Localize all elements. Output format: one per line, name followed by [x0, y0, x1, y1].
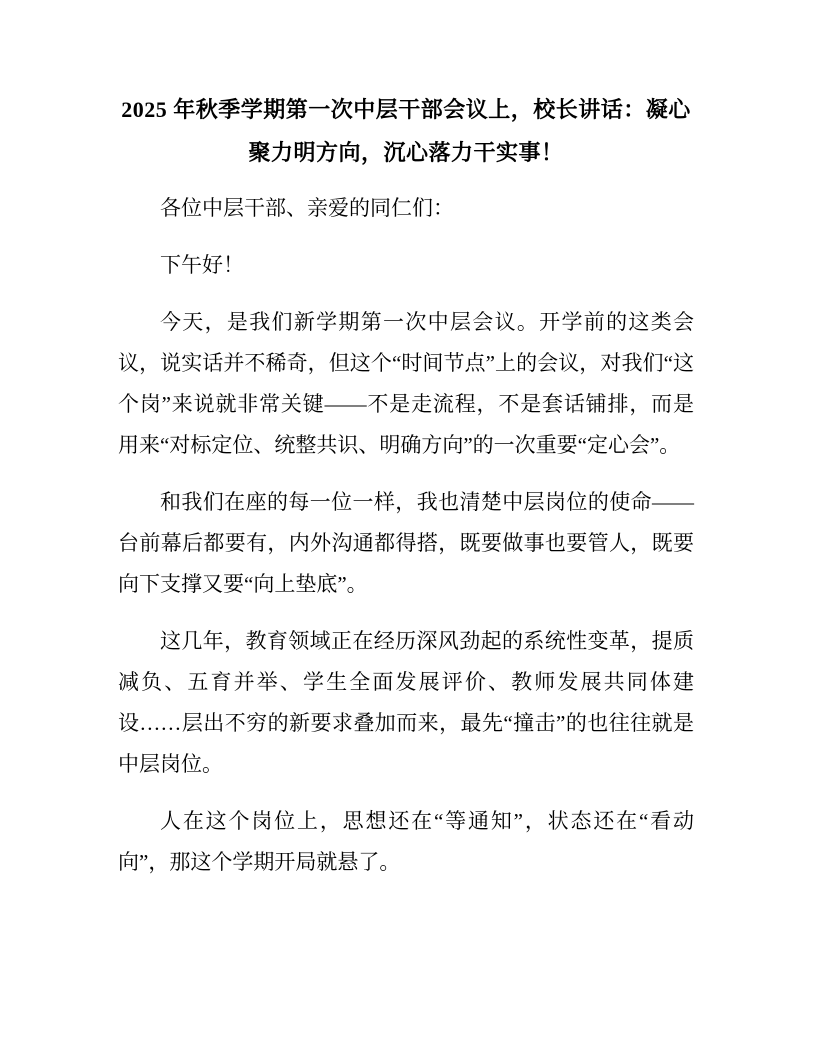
document-title: 2025 年秋季学期第一次中层干部会议上，校长讲话：凝心聚力明方向，沉心落力干实… — [118, 88, 694, 174]
paragraph-warning: 人在这个岗位上，思想还在“等通知”，状态还在“看动向”，那这个学期开局就悬了。 — [118, 801, 694, 883]
paragraph-mission: 和我们在座的每一位一样，我也清楚中层岗位的使命——台前幕后都要有，内外沟通都得搭… — [118, 482, 694, 605]
paragraph-reform-context: 这几年，教育领域正在经历深风劲起的系统性变革，提质减负、五育并举、学生全面发展评… — [118, 621, 694, 785]
paragraph-opening: 今天，是我们新学期第一次中层会议。开学前的这类会议，说实话并不稀奇，但这个“时间… — [118, 302, 694, 466]
paragraph-salutation: 下午好！ — [118, 245, 694, 286]
document-body: 各位中层干部、亲爱的同仁们： 下午好！ 今天，是我们新学期第一次中层会议。开学前… — [118, 188, 694, 883]
document-page: 2025 年秋季学期第一次中层干部会议上，校长讲话：凝心聚力明方向，沉心落力干实… — [0, 0, 816, 1056]
paragraph-greeting: 各位中层干部、亲爱的同仁们： — [118, 188, 694, 229]
